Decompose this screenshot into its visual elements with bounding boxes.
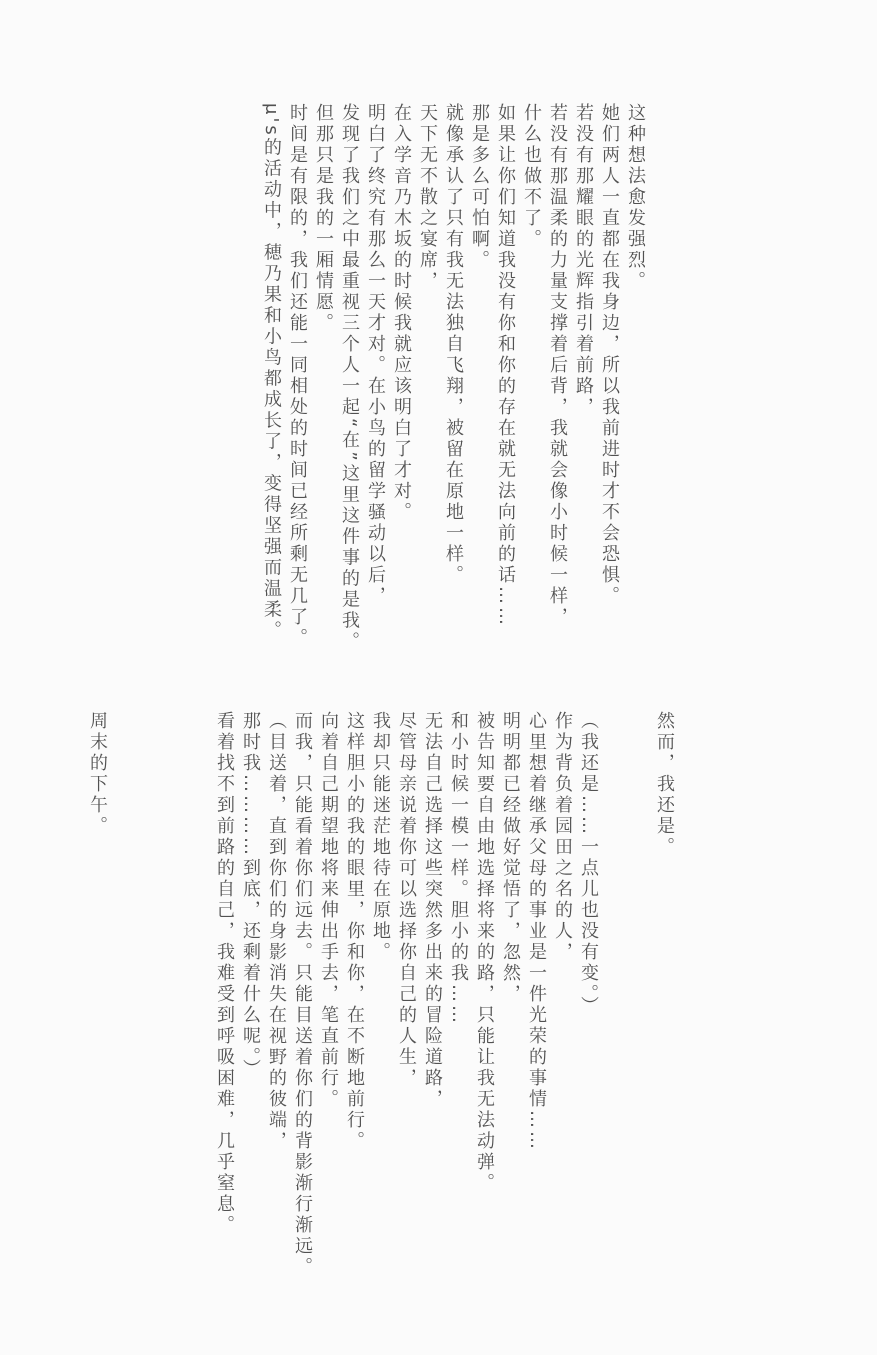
text-column: 就像承认了只有我无法独自飞翔，被留在原地一样。 [440,103,466,683]
text-column: 被告知要自由地选择将来的路，只能让我无法动弹。 [471,711,497,1321]
text-column: 在入学音乃木坂的时候我就应该明白了才对。 [388,103,414,683]
column-gap [601,711,651,1321]
text-column: 时间是有限的，我们还能一同相处的时间已经所剩无几了。 [284,103,310,683]
text-column: 天下无不散之宴席， [414,103,440,683]
text-column: 那时我…………到底，还剩着什么呢。） [237,711,263,1321]
top-paragraph-block: 这种想法愈发强烈。 她们两人一直都在我身边，所以我前进时才不会恐惧。 若没有那耀… [258,103,648,683]
text-column: 她们两人一直都在我身边，所以我前进时才不会恐惧。 [596,103,622,683]
text-column: 尽管母亲说着你可以选择你自己的人生， [393,711,419,1321]
text-column-intro: 然而，我还是。 [651,711,677,1321]
text-column-closing: 周末的下午。 [84,711,110,1321]
text-column: （目送着，直到你们的身影消失在视野的彼端， [263,711,289,1321]
text-column: 作为背负着园田之名的人， [549,711,575,1321]
text-column: 这样胆小的我的眼里，你和你，在不断地前行。 [341,711,367,1321]
text-column: 明明都已经做好觉悟了，忽然， [497,711,523,1321]
text-column: 而我，只能看着你们远去。只能目送着你们的背影渐行渐远。 [289,711,315,1321]
bottom-paragraph-block: 然而，我还是。 （我还是……一点儿也没有变。） 作为背负着园田之名的人， 心里想… [84,711,677,1321]
text-column: 明白了终究有那么一天才对。在小鸟的留学骚动以后， [362,103,388,683]
text-column: μ's的活动中，穂乃果和小鸟都成长了，变得坚强而温柔。 [258,103,284,683]
text-column: （我还是……一点儿也没有变。） [575,711,601,1321]
column-gap [110,711,211,1321]
text-column: 什么也做不了。 [518,103,544,683]
text-column: 那是多么可怕啊。 [466,103,492,683]
text-column: 无法自己选择这些突然多出来的冒险道路， [419,711,445,1321]
text-column: 发现了我们之中最重视三个人一起“在”这里这件事的是我。 [336,103,362,683]
text-column: 这种想法愈发强烈。 [622,103,648,683]
text-column: 若没有那耀眼的光辉指引着前路， [570,103,596,683]
text-column: 我却只能迷茫地待在原地。 [367,711,393,1321]
text-column: 但那只是我的一厢情愿。 [310,103,336,683]
text-column: 心里想着继承父母的事业是一件光荣的事情…… [523,711,549,1321]
text-column: 如果让你们知道我没有你和你的存在就无法向前的话…… [492,103,518,683]
text-column: 向着自己期望地将来伸出手去，笔直前行。 [315,711,341,1321]
text-column: 和小时候一模一样。胆小的我…… [445,711,471,1321]
text-column: 若没有那温柔的力量支撑着后背，我就会像小时候一样， [544,103,570,683]
text-column: 看着找不到前路的自己，我难受到呼吸困难，几乎窒息。 [211,711,237,1321]
novel-page: 这种想法愈发强烈。 她们两人一直都在我身边，所以我前进时才不会恐惧。 若没有那耀… [0,0,877,1355]
